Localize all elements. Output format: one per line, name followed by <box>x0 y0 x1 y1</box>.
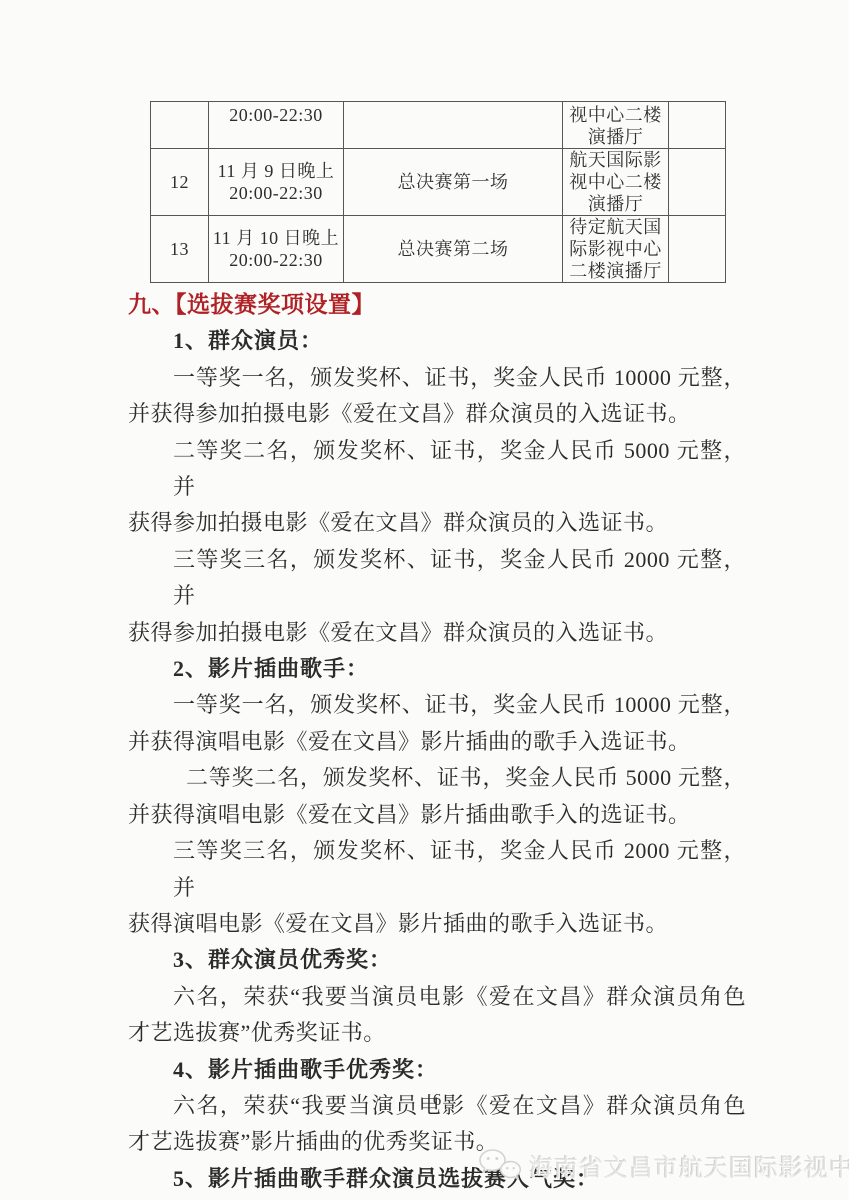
cell-datetime: 11 月 10 日晚上 20:00-22:30 <box>209 216 344 283</box>
document-page: 20:00-22:30 视中心二楼 演播厅 12 11 月 9 日晚上 20:0… <box>0 0 849 1200</box>
cell-datetime: 20:00-22:30 <box>209 102 344 149</box>
section-title: 九、【选拔赛奖项设置】 <box>128 287 746 323</box>
cell-event <box>344 102 563 149</box>
schedule-table-container: 20:00-22:30 视中心二楼 演播厅 12 11 月 9 日晚上 20:0… <box>150 101 726 283</box>
award-heading-1: 1、群众演员： <box>128 323 746 359</box>
text-line: 获得演唱电影《爱在文昌》影片插曲的歌手入选证书。 <box>128 906 746 942</box>
text-line: 并获得参加拍摄电影《爱在文昌》群众演员的入选证书。 <box>128 396 746 432</box>
cell-note <box>669 102 726 149</box>
watermark-text: 海南省文昌市航天国际影视中心 <box>529 1148 849 1183</box>
table-row: 20:00-22:30 视中心二楼 演播厅 <box>151 102 726 149</box>
text-line: 才艺选拔赛”优秀奖证书。 <box>128 1015 746 1051</box>
text-line: 获得参加拍摄电影《爱在文昌》群众演员的入选证书。 <box>128 505 746 541</box>
cell-location: 待定航天国 际影视中心 二楼演播厅 <box>563 216 669 283</box>
cell-number: 13 <box>151 216 209 283</box>
award-heading-3: 3、群众演员优秀奖： <box>128 942 746 978</box>
cell-location: 航天国际影 视中心二楼 演播厅 <box>563 149 669 216</box>
text-line: 一等奖一名，颁发奖杯、证书，奖金人民币 10000 元整， <box>128 687 746 723</box>
page-number: 6 <box>128 1090 746 1110</box>
watermark: 海南省文昌市航天国际影视中心 <box>478 1147 849 1183</box>
cell-event: 总决赛第二场 <box>344 216 563 283</box>
award-heading-2: 2、影片插曲歌手： <box>128 651 746 687</box>
text-line: 一等奖一名，颁发奖杯、证书，奖金人民币 10000 元整， <box>128 360 746 396</box>
text-line: 并获得演唱电影《爱在文昌》影片插曲的歌手入选证书。 <box>128 724 746 760</box>
text-line: 二等奖二名，颁发奖杯、证书，奖金人民币 5000 元整， <box>128 760 746 796</box>
text-line: 六名，荣获“我要当演员电影《爱在文昌》群众演员角色 <box>128 979 746 1015</box>
text-line: 获得参加拍摄电影《爱在文昌》群众演员的入选证书。 <box>128 615 746 651</box>
text-line: 二等奖二名，颁发奖杯、证书，奖金人民币 5000 元整，并 <box>128 433 746 506</box>
cell-datetime: 11 月 9 日晚上 20:00-22:30 <box>209 149 344 216</box>
schedule-table: 20:00-22:30 视中心二楼 演播厅 12 11 月 9 日晚上 20:0… <box>150 101 726 283</box>
table-row: 12 11 月 9 日晚上 20:00-22:30 总决赛第一场 航天国际影 视… <box>151 149 726 216</box>
text-line: 三等奖三名，颁发奖杯、证书，奖金人民币 2000 元整，并 <box>128 542 746 615</box>
text-line: 三等奖三名，颁发奖杯、证书，奖金人民币 2000 元整，并 <box>128 833 746 906</box>
cell-number <box>151 102 209 149</box>
cell-note <box>669 216 726 283</box>
body-text: 九、【选拔赛奖项设置】 1、群众演员： 一等奖一名，颁发奖杯、证书，奖金人民币 … <box>128 287 746 1197</box>
text-line: 并获得演唱电影《爱在文昌》影片插曲歌手入的选证书。 <box>128 797 746 833</box>
award-heading-4: 4、影片插曲歌手优秀奖： <box>128 1052 746 1088</box>
cell-number: 12 <box>151 149 209 216</box>
table-row: 13 11 月 10 日晚上 20:00-22:30 总决赛第二场 待定航天国 … <box>151 216 726 283</box>
cell-event: 总决赛第一场 <box>344 149 563 216</box>
cell-location: 视中心二楼 演播厅 <box>563 102 669 149</box>
cell-note <box>669 149 726 216</box>
wechat-icon <box>478 1147 522 1183</box>
